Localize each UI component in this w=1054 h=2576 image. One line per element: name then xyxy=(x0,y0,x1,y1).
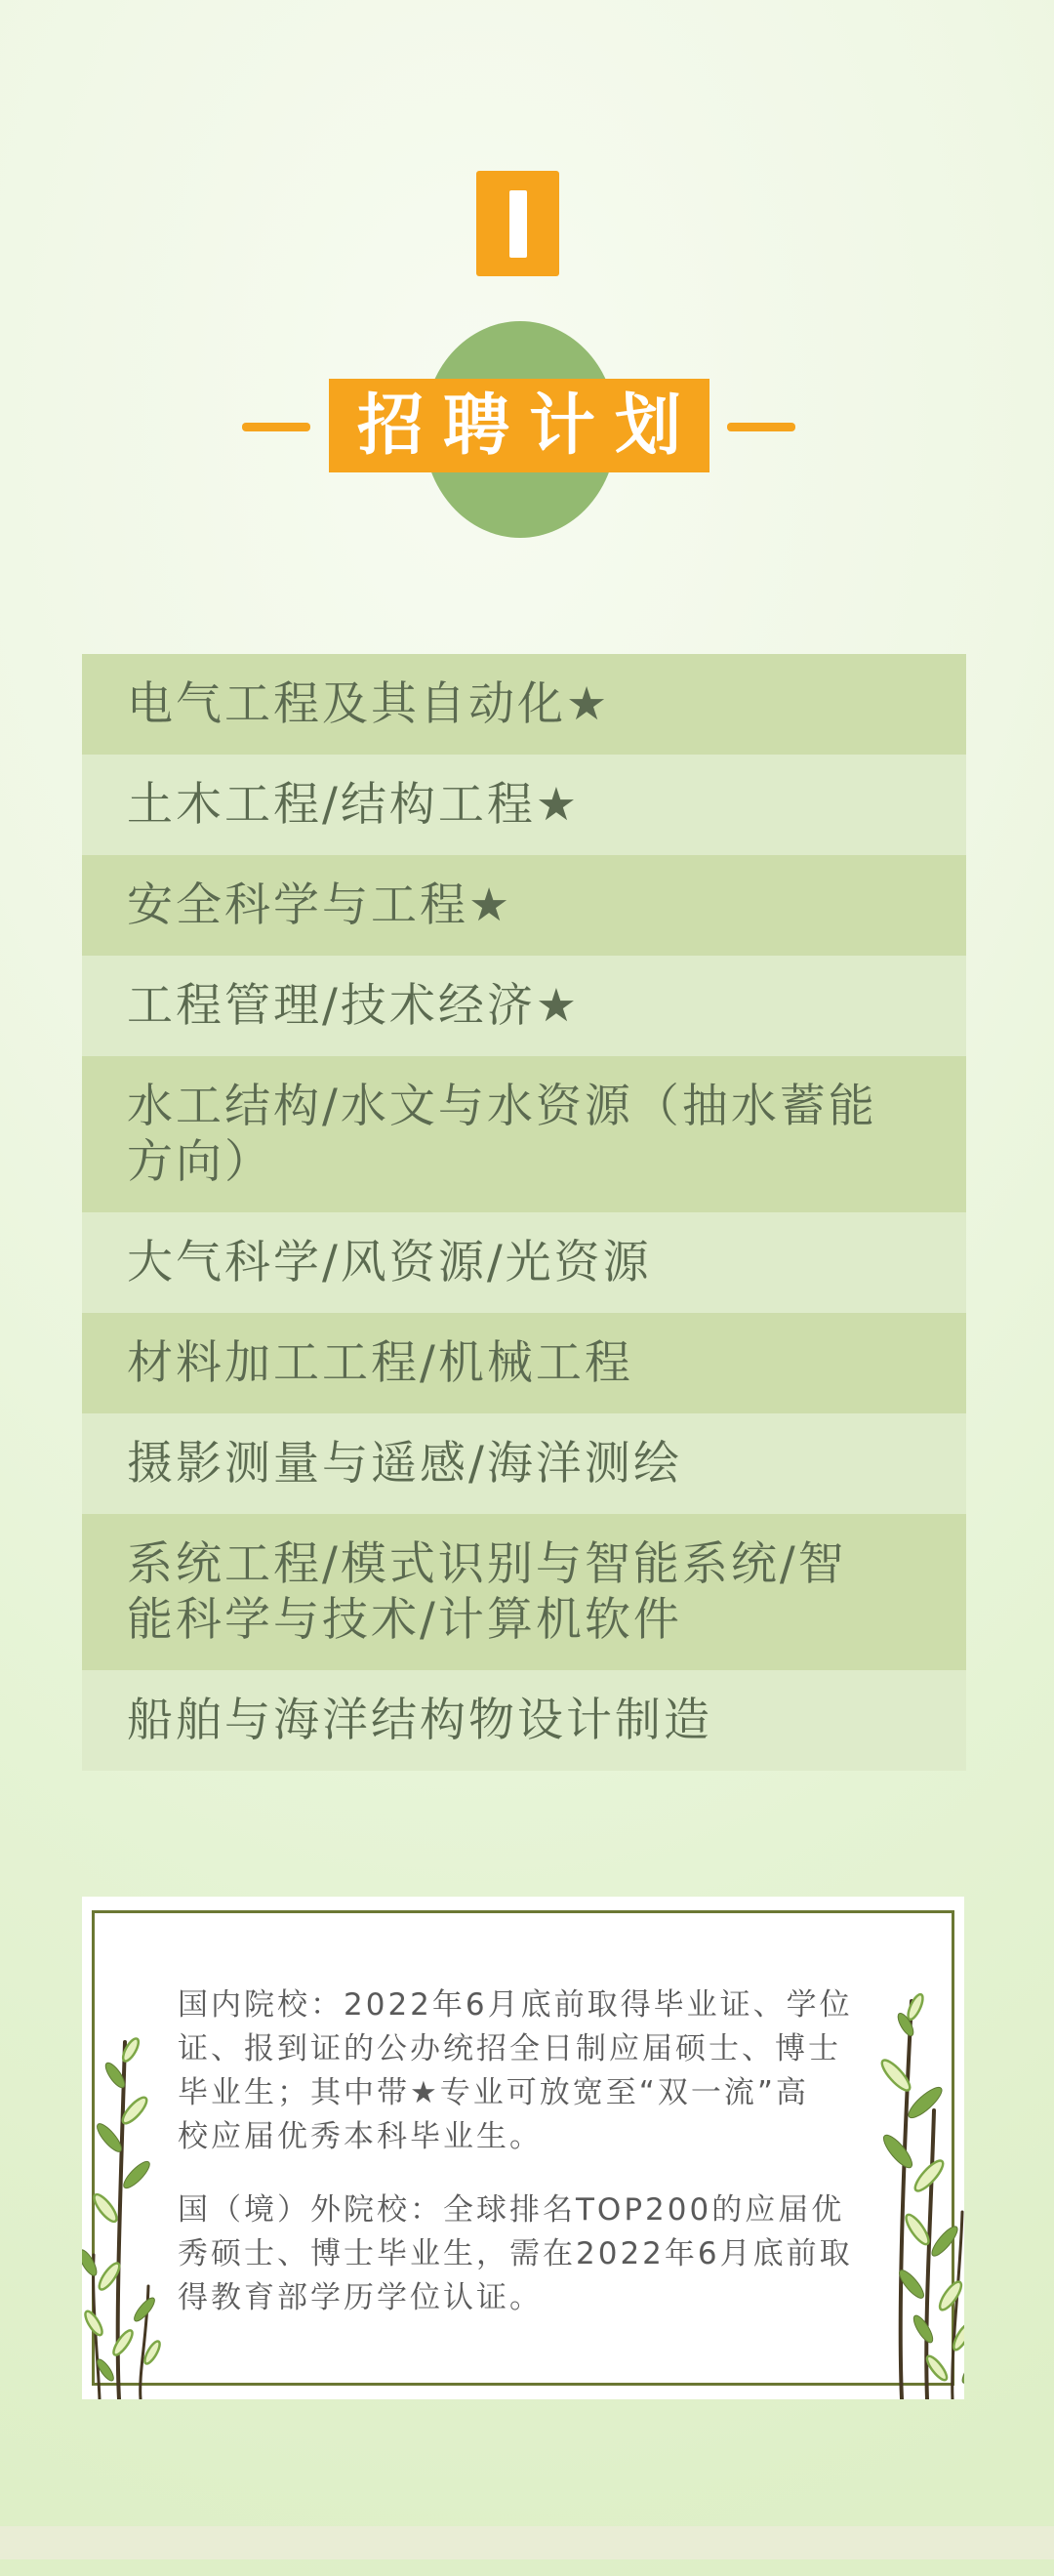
majors-list: 电气工程及其自动化★ 土木工程/结构工程★ 安全科学与工程★ 工程管理/技术经济… xyxy=(82,654,966,1771)
requirements-text: 国内院校：2022年6月底前取得毕业证、学位 证、报到证的公办统招全日制应届硕士… xyxy=(178,1983,861,2320)
major-item: 材料加工工程/机械工程 xyxy=(82,1313,966,1413)
major-item: 水工结构/水文与水资源（抽水蓄能 方向） xyxy=(82,1056,966,1212)
requirements-box: 国内院校：2022年6月底前取得毕业证、学位 证、报到证的公办统招全日制应届硕士… xyxy=(82,1897,964,2399)
title-left-dash xyxy=(242,423,310,431)
section-title-banner: 招聘计划 xyxy=(329,379,709,472)
major-item: 船舶与海洋结构物设计制造 xyxy=(82,1670,966,1771)
major-item: 电气工程及其自动化★ xyxy=(82,654,966,755)
recruitment-poster: 招聘计划 电气工程及其自动化★ 土木工程/结构工程★ 安全科学与工程★ 工程管理… xyxy=(0,0,1054,2576)
bottom-band-decoration xyxy=(0,2526,1054,2559)
title-right-dash xyxy=(727,423,795,431)
section-title: 招聘计划 xyxy=(357,392,701,459)
major-item: 土木工程/结构工程★ xyxy=(82,755,966,855)
major-item: 摄影测量与遥感/海洋测绘 xyxy=(82,1413,966,1514)
overseas-requirements-paragraph: 国（境）外院校：全球排名TOP200的应届优 秀硕士、博士毕业生，需在2022年… xyxy=(178,2188,861,2320)
numeral-one-glyph xyxy=(509,190,527,258)
domestic-requirements-paragraph: 国内院校：2022年6月底前取得毕业证、学位 证、报到证的公办统招全日制应届硕士… xyxy=(178,1983,861,2159)
plant-right-illustration xyxy=(869,1985,964,2399)
major-item: 系统工程/模式识别与智能系统/智 能科学与技术/计算机软件 xyxy=(82,1514,966,1670)
major-item: 安全科学与工程★ xyxy=(82,855,966,956)
major-item: 工程管理/技术经济★ xyxy=(82,956,966,1056)
major-item: 大气科学/风资源/光资源 xyxy=(82,1212,966,1313)
plant-left-illustration xyxy=(82,2030,166,2399)
section-number-badge xyxy=(476,171,559,276)
